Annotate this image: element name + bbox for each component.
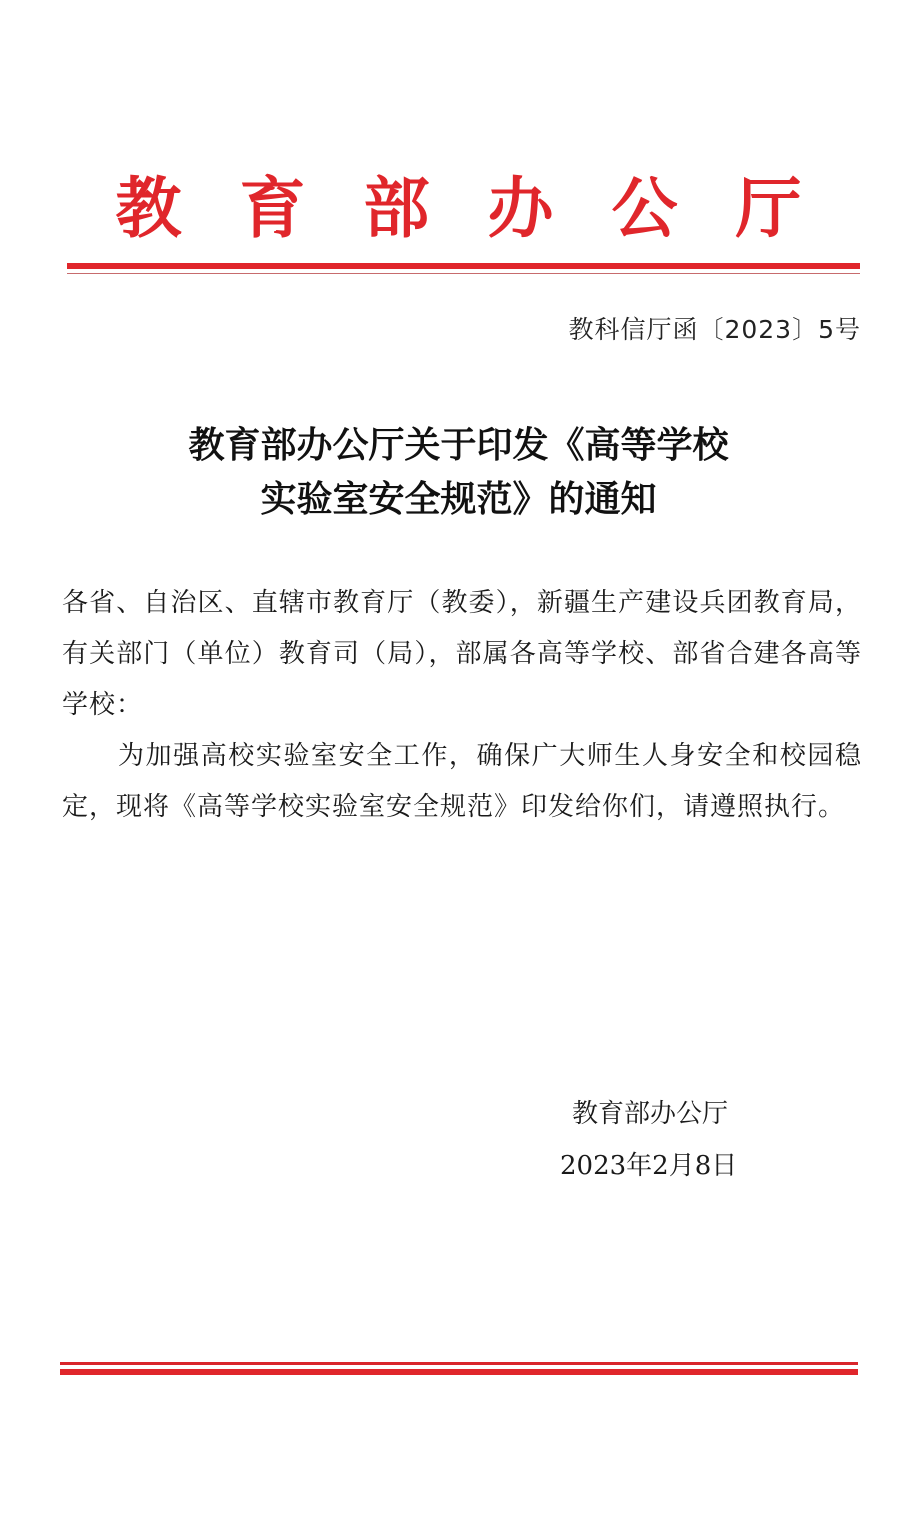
masthead-char: 厅 bbox=[736, 155, 802, 250]
footer-red-rule-thick bbox=[60, 1369, 858, 1375]
signing-date: 2023年2月8日 bbox=[560, 1140, 737, 1192]
body-paragraph: 为加强高校实验室安全工作，确保广大师生人身安全和校园稳定，现将《高等学校实验室安… bbox=[62, 731, 862, 833]
footer-red-rule-thin bbox=[60, 1362, 858, 1365]
masthead: 教 育 部 办 公 厅 bbox=[0, 155, 917, 250]
signature-block: 教育部办公厅 2023年2月8日 bbox=[560, 1088, 737, 1192]
title-line-2: 实验室安全规范》的通知 bbox=[0, 472, 917, 526]
masthead-char: 教 bbox=[116, 155, 182, 250]
header-red-rule-thick bbox=[67, 263, 860, 269]
header-red-rule-thin bbox=[67, 273, 860, 274]
document-body: 各省、自治区、直辖市教育厅（教委），新疆生产建设兵团教育局，有关部门（单位）教育… bbox=[62, 578, 862, 833]
masthead-char: 办 bbox=[488, 155, 554, 250]
signing-organization: 教育部办公厅 bbox=[560, 1088, 737, 1140]
title-line-1: 教育部办公厅关于印发《高等学校 bbox=[0, 418, 917, 472]
masthead-char: 部 bbox=[364, 155, 430, 250]
document-title: 教育部办公厅关于印发《高等学校 实验室安全规范》的通知 bbox=[0, 418, 917, 526]
addressees: 各省、自治区、直辖市教育厅（教委），新疆生产建设兵团教育局，有关部门（单位）教育… bbox=[62, 578, 862, 731]
masthead-char: 公 bbox=[612, 155, 678, 250]
document-number: 教科信厅函〔2023〕5号 bbox=[568, 310, 861, 346]
masthead-char: 育 bbox=[240, 155, 306, 250]
